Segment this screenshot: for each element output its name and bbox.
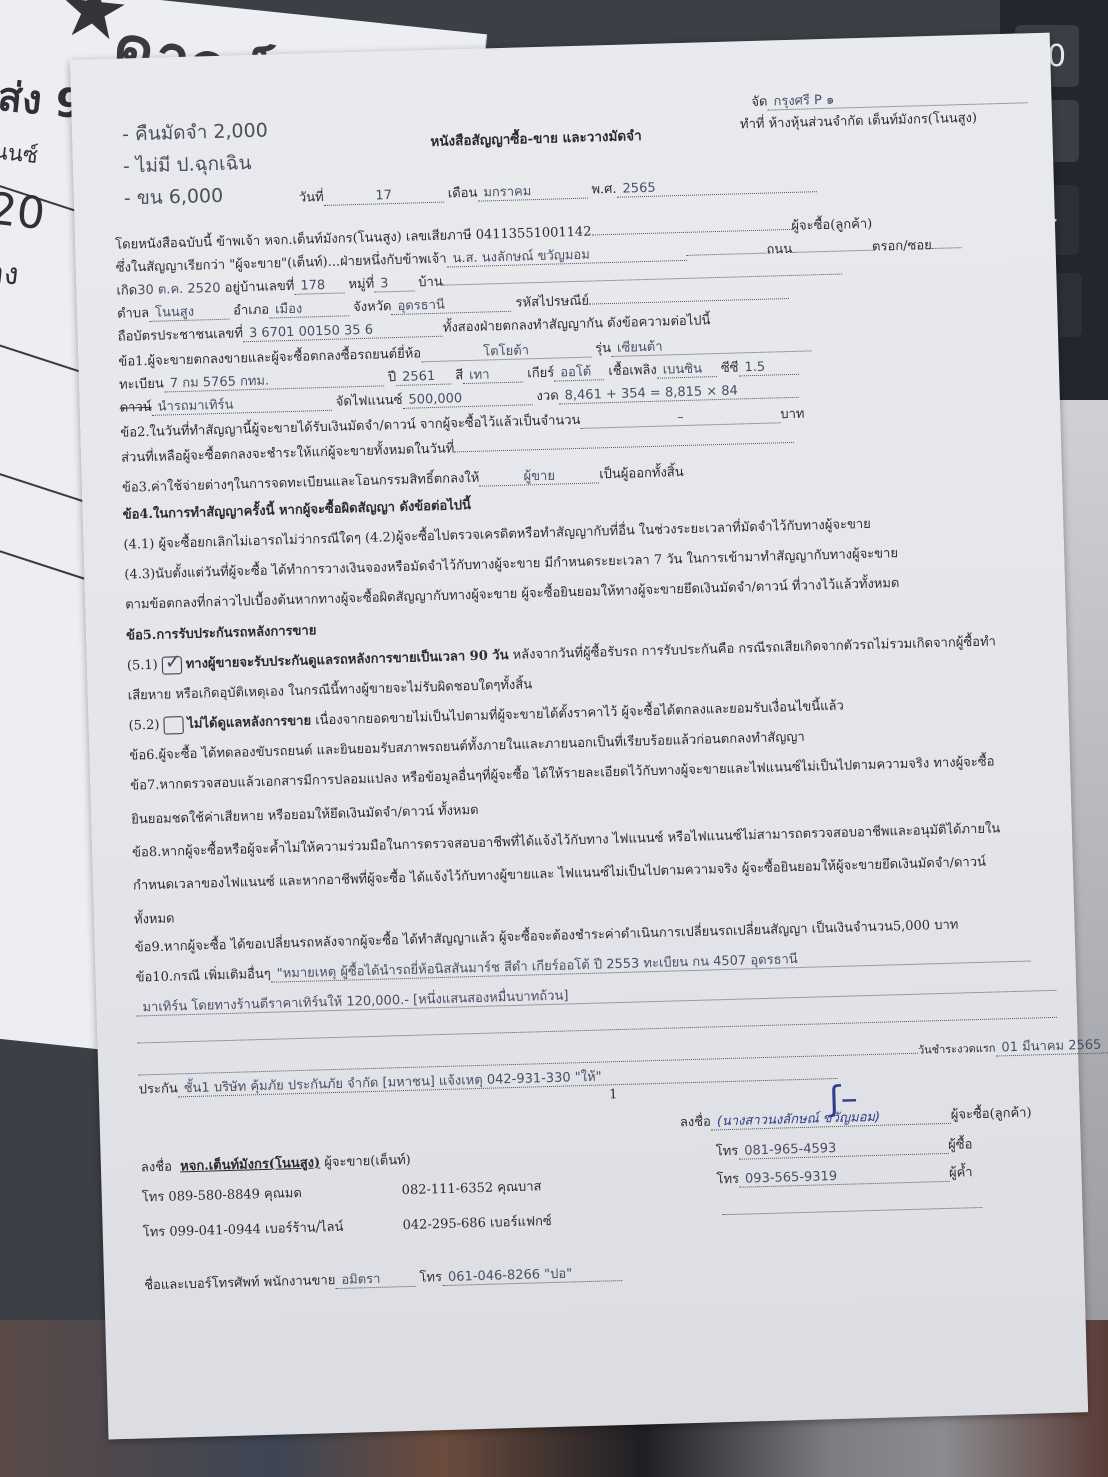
warranty-option-90-days-text: เสียหาย หรือเกิดอุบัติเหตุเอง ในกรณีนี้ท… <box>128 675 533 706</box>
finance-branch: จัดกรุงศรี P ๑ <box>751 83 1028 112</box>
date-day: 17 <box>324 188 444 206</box>
buyer-signature-row: ลงชื่อ(นางสาวนงลักษณ์ ขวัญมอม)ผู้จะซื้อ(… <box>680 1104 1032 1134</box>
clause-3: ข้อ3.ค่าใช้จ่ายต่างๆในการจดทะเบียนและโอน… <box>122 463 684 499</box>
date-year: 2565 <box>616 177 816 197</box>
guarantor-phone-row: โทร093-565-9319ผู้ค้ำ <box>716 1163 973 1190</box>
note-line: - คืนมัดจำ 2,000 <box>122 115 269 151</box>
car-model: เซียนต้า <box>611 336 811 356</box>
buyer-signature-name: (นางสาวนงลักษณ์ ขวัญมอม) <box>711 1109 951 1130</box>
seller-name: หจก.เต็นท์มังกร(โนนสูง) <box>180 1155 320 1174</box>
clause-7: ยินยอมชดใช้ค่าเสียหาย หรือยอมให้ยึดเงินม… <box>131 801 479 831</box>
branch-value: กรุงศรี P ๑ <box>767 88 1027 110</box>
seller-signature-row: ลงชื่อ หจก.เต็นท์มังกร(โนนสูง) ผู้จะขาย(… <box>141 1151 411 1179</box>
car-gear: ออโต้ <box>554 365 604 381</box>
seller-contact: โทร 089-580-8849 คุณมด082-111-6352 คุณบา… <box>142 1177 542 1208</box>
expense-payer: ผู้ขาย <box>479 468 599 486</box>
birth-date: 30 ต.ค. 2520 <box>137 281 221 298</box>
first-payment-date: 01 มีนาคม 2565 <box>995 1038 1108 1057</box>
note-line: - ไม่มี ป.ฉุกเฉิน <box>123 146 270 182</box>
citizen-id: 3 6701 00150 35 6 <box>243 322 443 342</box>
car-fuel: เบนซิน <box>657 362 717 378</box>
seller-contact: โทร 099-041-0944 เบอร์ร้าน/ไลน์042-295-6… <box>143 1212 553 1243</box>
car-brand: โตโยต้า <box>421 343 591 362</box>
guarantor-phone: 093-565-9319 <box>739 1167 949 1187</box>
note-line: - ขน 6,000 <box>123 178 270 214</box>
province: อุดรธานี <box>391 297 511 315</box>
finance-amount: 500,000 <box>402 390 532 408</box>
clause-8: ทั้งหมด <box>134 909 175 930</box>
installment-amount: 8,461 + 354 = 8,815 × 84 <box>558 383 798 404</box>
contract-date: วันที่17 เดือนมกราคม พ.ศ.2565 <box>299 174 817 208</box>
buyer-phone-row: โทร081-965-4593ผู้ซื้อ <box>715 1135 972 1162</box>
deposit-amount: – <box>580 408 780 428</box>
district: เมือง <box>269 301 349 318</box>
warranty-90-days-checkbox[interactable] <box>162 656 182 675</box>
date-month: มกราคม <box>477 184 587 202</box>
subdistrict: โนนสูง <box>149 305 229 322</box>
buyer-phone: 081-965-4593 <box>738 1139 948 1159</box>
clause-4-title: ข้อ4.ในการทำสัญญาครั้งนี้ หากผู้จะซื้อผิ… <box>122 496 471 526</box>
poster-line: เครื่อง <box>0 244 21 299</box>
star-icon: ★ <box>53 0 134 60</box>
clause-5-title: ข้อ5.การรับประกันรถหลังการขาย <box>126 621 317 646</box>
house-number: 178 <box>294 278 344 294</box>
poster-line: ไฟแนนซ์ <box>0 129 40 173</box>
car-cc: 1.5 <box>738 360 798 376</box>
signature-blank <box>722 1195 982 1222</box>
down-payment: นำรถมาเทิร์น <box>151 396 331 416</box>
moo-number: 3 <box>374 276 414 292</box>
car-registration: 7 กม 5765 กทม. <box>164 371 384 392</box>
contract-document: - คืนมัดจำ 2,000 - ไม่มี ป.ฉุกเฉิน - ขน … <box>70 33 1088 1440</box>
car-color: เทา <box>463 367 523 383</box>
car-year: 2561 <box>396 369 451 385</box>
salesperson-row: ชื่อและเบอร์โทรศัพท์ พนักงานขายอมิตรา โท… <box>144 1263 622 1296</box>
salesperson-phone: 061-046-8266 "ปอ" <box>442 1266 622 1286</box>
no-warranty-checkbox[interactable] <box>163 716 183 735</box>
salesperson-name: อมิตรา <box>335 1272 415 1289</box>
buyer-name: น.ส. นงลักษณ์ ขวัญมอม <box>446 246 686 267</box>
page-mark: 1 <box>609 1085 618 1105</box>
document-title: หนังสือสัญญาซื้อ-ขาย และวางมัดจำ <box>430 124 642 152</box>
handwritten-notes: - คืนมัดจำ 2,000 - ไม่มี ป.ฉุกเฉิน - ขน … <box>122 115 270 215</box>
poster-line: 0/20 <box>0 179 47 240</box>
